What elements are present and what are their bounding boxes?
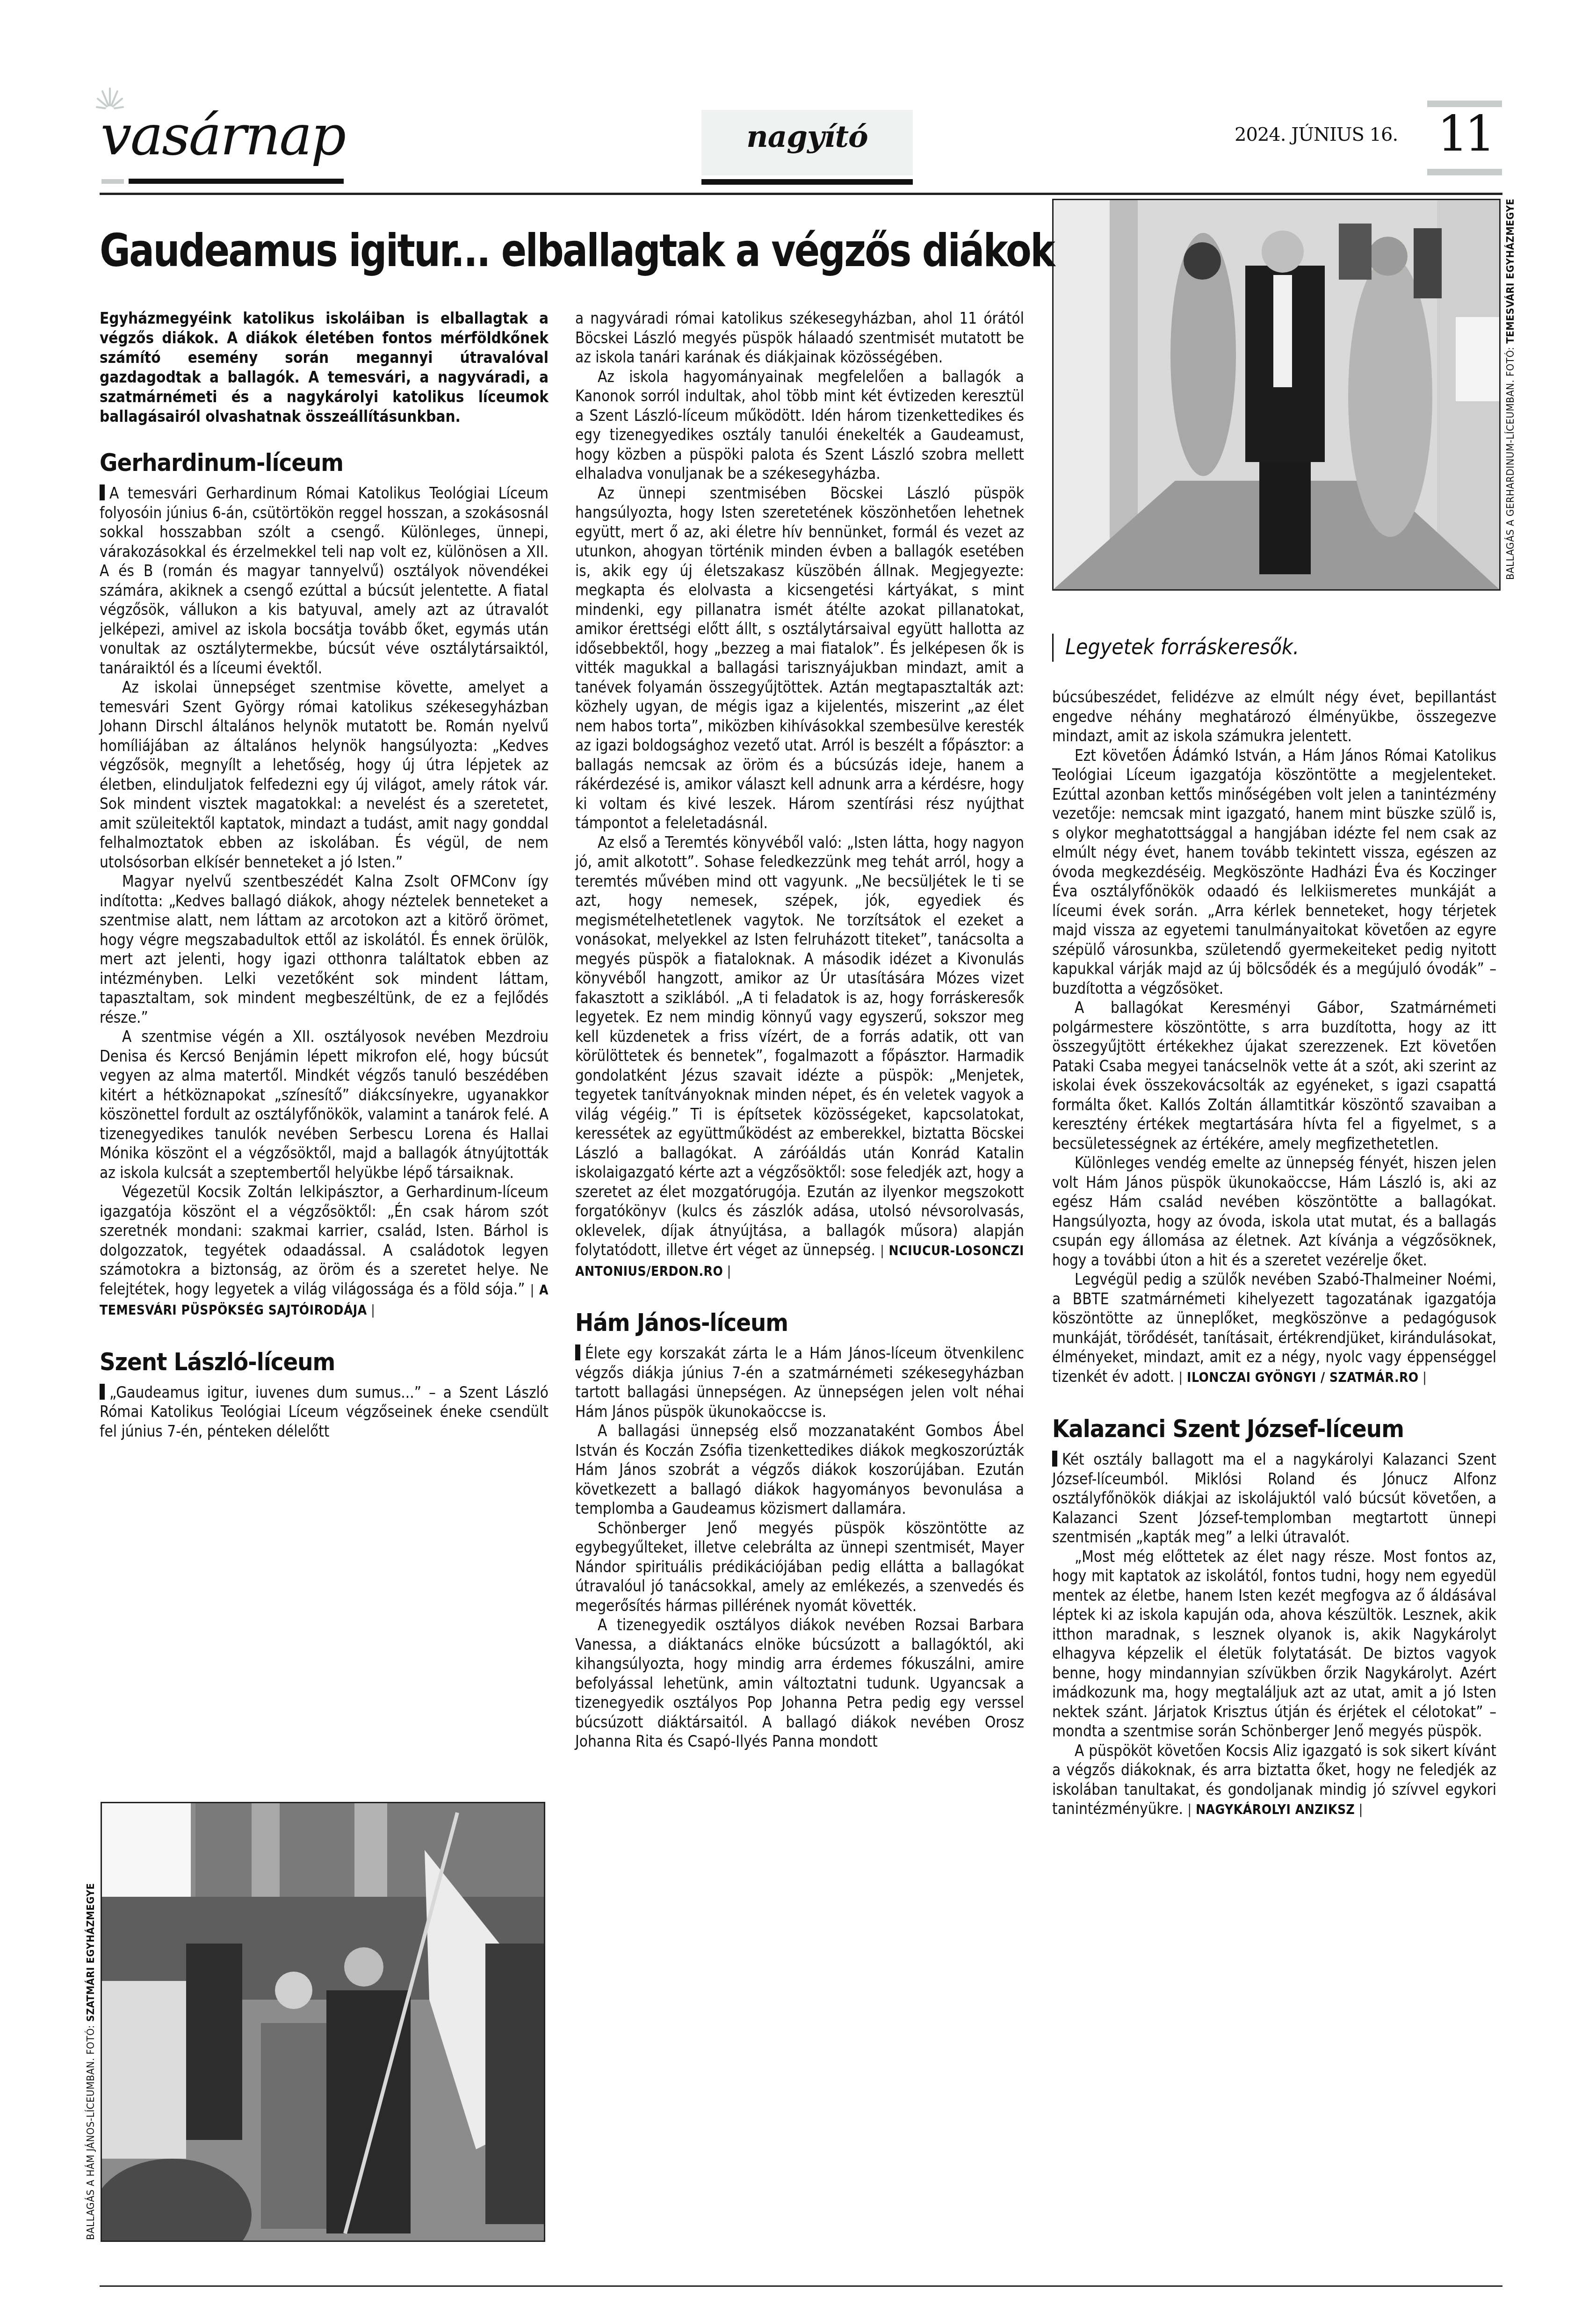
paragraph: A ballagókat Keresményi Gábor, Szatmárné… — [1052, 998, 1496, 1153]
pull-quote: Legyetek forráskeresők. — [1052, 634, 1509, 662]
paragraph: A tizenegyedik osztályos diákok nevében … — [575, 1615, 1024, 1751]
paragraph: Két osztály ballagott ma el a nagykároly… — [1052, 1450, 1496, 1547]
header-divider — [100, 193, 1502, 195]
paragraph: Különleges vendég emelte az ünnepség fén… — [1052, 1153, 1496, 1270]
paragraph: Legvégül pedig a szülők nevében Szabó-Th… — [1052, 1270, 1496, 1387]
byline: | NAGYKÁROLYI ANZIKSZ | — [1187, 1802, 1363, 1817]
paragraph: „Gaudeamus igitur, iuvenes dum sumus...”… — [100, 1383, 549, 1441]
section-title-ham-janos: Hám János-líceum — [575, 1309, 1024, 1337]
paragraph: Az első a Teremtés könyvéből való: „Iste… — [575, 833, 1024, 1281]
logo-wordmark: vasárnap — [101, 108, 345, 163]
footer-divider — [100, 2285, 1502, 2287]
paragraph: „Most még előttetek az élet nagy része. … — [1052, 1547, 1496, 1741]
paragraph: A püspököt követően Kocsis Aliz igazgató… — [1052, 1741, 1496, 1820]
pull-quote-text: Legyetek forráskeresők. — [1065, 634, 1299, 659]
paragraph: Magyar nyelvű szentbeszédét Kalna Zsolt … — [100, 872, 549, 1027]
column-3: búcsúbeszédet, felidézve az elmúlt négy … — [1052, 687, 1496, 1820]
column-1: Egyházmegyéink katolikus iskoláiban is e… — [100, 309, 549, 1441]
paragraph: Az ünnepi szentmisében Böcskei László pü… — [575, 484, 1024, 833]
masthead-logo: vasárnap — [96, 105, 348, 171]
paragraph: búcsúbeszédet, felidézve az elmúlt négy … — [1052, 687, 1496, 746]
section-title-gerhardinum: Gerhardinum-líceum — [100, 449, 549, 477]
photo-credit-bottom: BALLAGÁS A HÁM JÁNOS-LÍCEUMBAN. FOTÓ: SZ… — [85, 1883, 97, 2240]
page-number-box: 11 — [1427, 101, 1502, 175]
paragraph: Schönberger Jenő megyés püspök köszöntöt… — [575, 1518, 1024, 1616]
logo-rule — [129, 179, 344, 184]
section-title-szent-laszlo: Szent László-líceum — [100, 1348, 549, 1376]
article-headline: Gaudeamus igitur... elballagtak a végzős… — [100, 224, 1054, 277]
paragraph: Végezetül Kocsik Zoltán lelkipásztor, a … — [100, 1182, 549, 1320]
section-title-kalazanci: Kalazanci Szent József-líceum — [1052, 1415, 1496, 1443]
photo-credit-top: BALLAGÁS A GERHARDINUM-LÍCEUMBAN. FOTÓ: … — [1505, 199, 1517, 580]
page-number: 11 — [1427, 107, 1502, 160]
paragraph: A temesvári Gerhardinum Római Katolikus … — [100, 484, 549, 678]
photo-gerhardinum-procession — [1052, 199, 1501, 591]
paragraph-marker — [575, 1344, 580, 1360]
paragraph: Élete egy korszakát zárta le a Hám János… — [575, 1344, 1024, 1421]
section-tab-rule — [701, 179, 913, 185]
paragraph: Az iskola hagyományainak megfelelően a b… — [575, 367, 1024, 484]
photo-image — [1054, 200, 1499, 589]
paragraph: Az iskolai ünnepséget szentmise követte,… — [100, 678, 549, 872]
paragraph: A szentmise végén a XII. osztályosok nev… — [100, 1027, 549, 1182]
paragraph: Ezt követően Ádámkó István, a Hám János … — [1052, 746, 1496, 998]
logo-rule-accent — [101, 179, 124, 184]
photo-ham-janos-procession — [101, 1802, 545, 2242]
page-number-rule-bottom — [1427, 169, 1502, 175]
paragraph-marker — [100, 484, 105, 500]
paragraph-marker — [1052, 1451, 1057, 1467]
issue-date: 2024. JÚNIUS 16. — [1235, 124, 1398, 145]
paragraph-marker — [100, 1384, 105, 1400]
paragraph: A ballagási ünnepség első mozzanataként … — [575, 1421, 1024, 1518]
byline: | ILONCZAI GYÖNGYI / SZATMÁR.RO | — [1179, 1370, 1427, 1385]
article-lead: Egyházmegyéink katolikus iskoláiban is e… — [100, 309, 549, 426]
column-2: a nagyváradi római katolikus székesegyhá… — [575, 309, 1024, 1751]
section-tab: nagyító — [701, 110, 913, 175]
section-label: nagyító — [701, 119, 913, 154]
paragraph: a nagyváradi római katolikus székesegyhá… — [575, 309, 1024, 367]
photo-image — [102, 1803, 544, 2240]
